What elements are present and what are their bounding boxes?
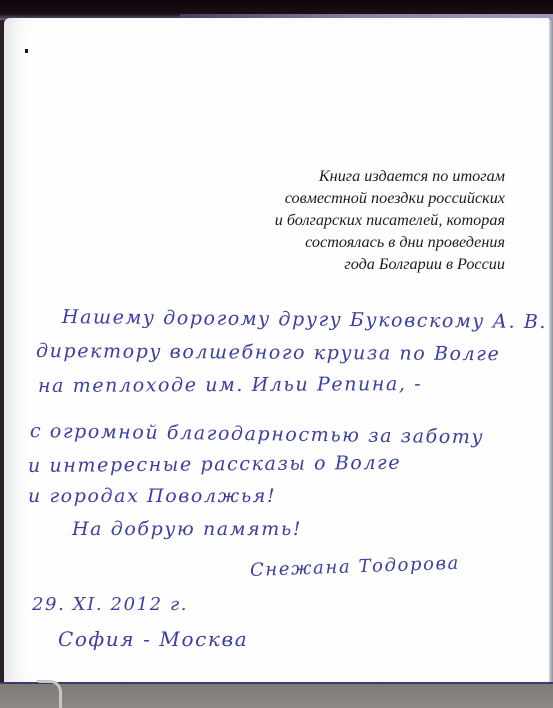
- printed-line: и болгарских писателей, которая: [205, 209, 505, 231]
- inscription-line: На добрую память!: [72, 518, 302, 540]
- bookmark-ribbon: [36, 680, 62, 708]
- scanned-book-page: Книга издается по итогам совместной поез…: [0, 0, 553, 708]
- book-cover-top-edge: [0, 0, 553, 20]
- inscription-line: и интересные рассказы о Волге: [28, 452, 401, 477]
- printed-line: состоялась в дни проведения: [205, 231, 505, 253]
- printed-line: года Болгарии в России: [205, 253, 505, 275]
- inscription-line: и городах Поволжья!: [28, 485, 276, 507]
- printed-line: Книга издается по итогам: [205, 165, 505, 187]
- inscription-line: на теплоходе им. Ильи Репина, -: [38, 373, 422, 397]
- inscription-place: София - Москва: [58, 627, 248, 651]
- inscription-date: 29. XI. 2012 г.: [32, 594, 188, 615]
- page-speck: [25, 49, 28, 53]
- inscription-line: директору волшебного круиза по Волге: [36, 340, 500, 365]
- book-cover-bottom-edge: [0, 682, 553, 708]
- printed-line: совместной поездки российских: [205, 187, 505, 209]
- page-edge-right: [549, 20, 553, 682]
- printed-note: Книга издается по итогам совместной поез…: [205, 165, 505, 275]
